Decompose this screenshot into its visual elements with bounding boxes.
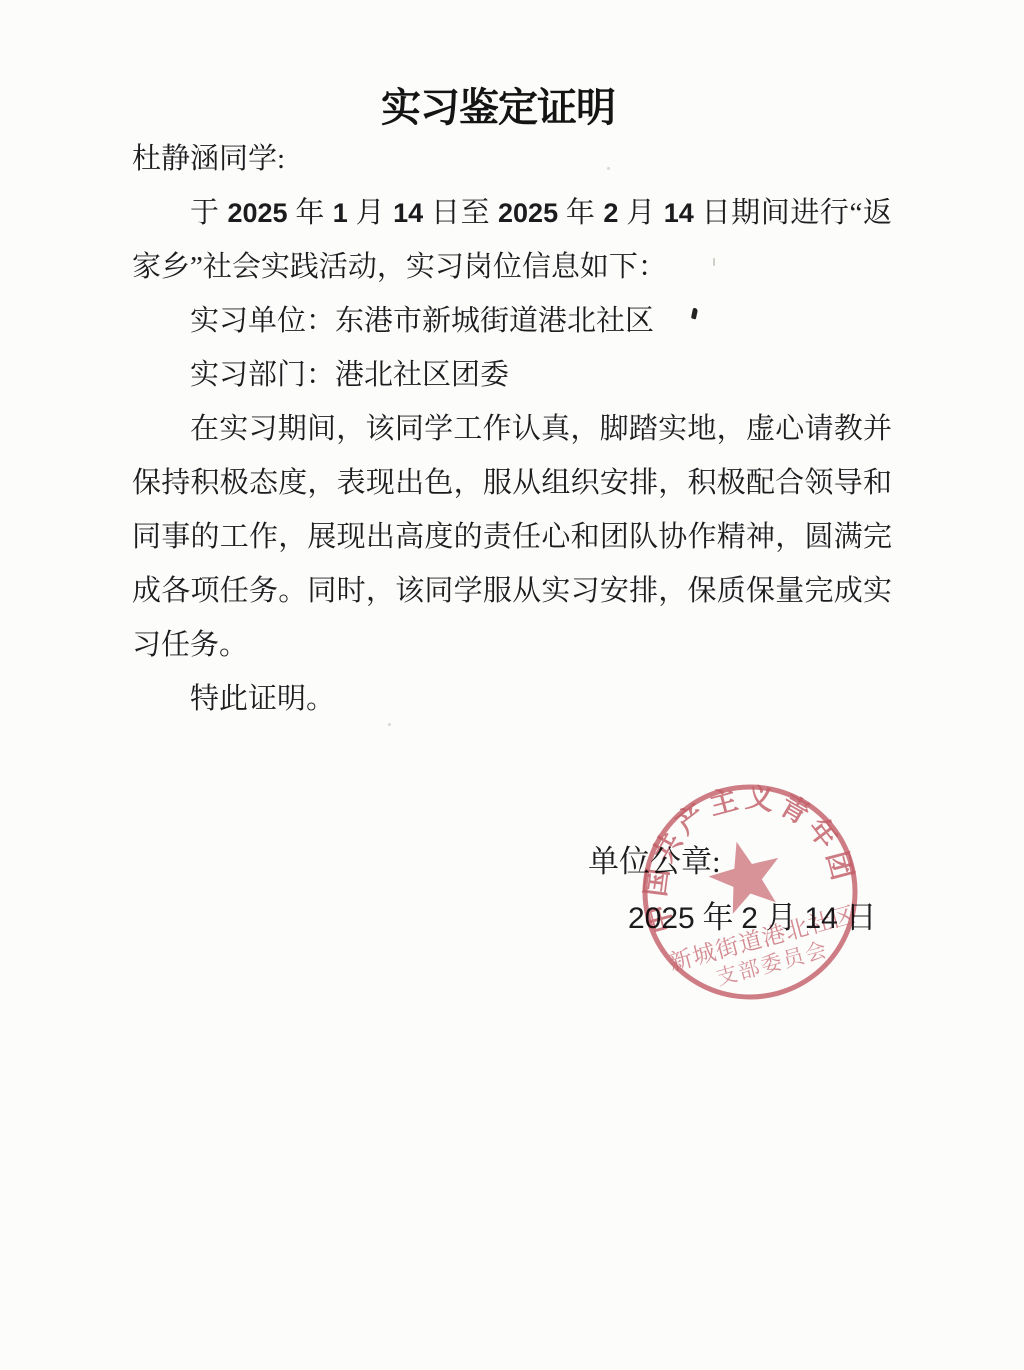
official-seal-stamp: 中国共产主义青年团 新城街道港北社区 支部委员会 xyxy=(598,740,902,1044)
signature-block: 单位公章: 2025 年 2 月 14 日 xyxy=(0,0,1024,1370)
scanned-certificate-page: 实习鉴定证明 杜静涵同学:于 2025 年 1 月 14 日至 2025 年 2… xyxy=(0,0,1024,1370)
seal-graphic: 中国共产主义青年团 新城街道港北社区 支部委员会 xyxy=(598,740,902,1044)
red-star-icon xyxy=(702,832,790,917)
